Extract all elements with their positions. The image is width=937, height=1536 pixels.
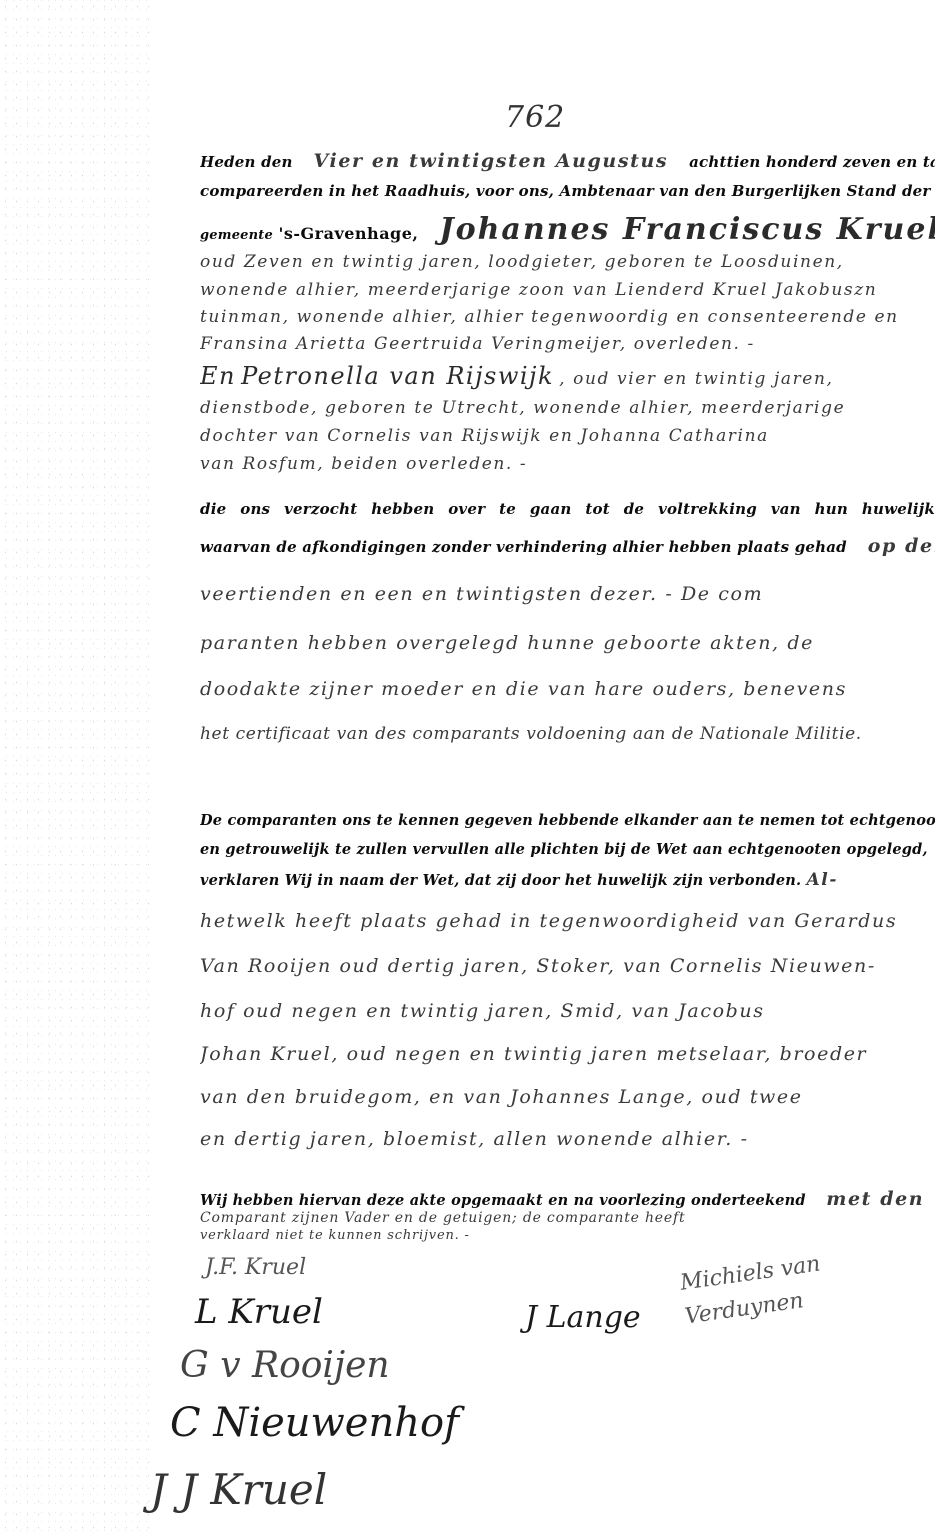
witness-line-2: Van Rooijen oud dertig jaren, Stoker, va…: [200, 955, 935, 977]
closing-line-1: Wij hebben hiervan deze akte opgemaakt e…: [200, 1188, 935, 1210]
bride-name: Petronella van Rijswijk: [241, 362, 554, 390]
declaration-line-1: De comparanten ons te kennen gegeven heb…: [200, 812, 935, 829]
witness-line-6: en dertig jaren, bloemist, allen wonende…: [200, 1128, 935, 1150]
bride-details-3: van Rosfum, beiden overleden. -: [200, 454, 935, 474]
signature-registrar: Michiels van Verduynen: [678, 1244, 856, 1335]
bride-prefix: En: [200, 362, 236, 390]
page-number: 762: [505, 100, 565, 135]
witness-line-5: van den bruidegom, en van Johannes Lange…: [200, 1086, 935, 1108]
printed-year: achttien honderd zeven en tachtig: [689, 153, 935, 171]
declaration-text: verklaren Wij in naam der Wet, dat zij d…: [200, 872, 801, 889]
signature-witness-nieuwenhof: C Nieuwenhof: [170, 1400, 459, 1446]
printed-heden-den: Heden den: [200, 153, 293, 171]
printed-afkondigingen: waarvan de afkondigingen zonder verhinde…: [200, 538, 847, 556]
word: huwelijk: [862, 500, 935, 518]
scan-noise: [0, 0, 150, 1536]
word: voltrekking: [658, 500, 757, 518]
groom-details-1: oud Zeven en twintig jaren, loodgieter, …: [200, 252, 935, 272]
bride-line-1: En Petronella van Rijswijk , oud vier en…: [200, 362, 935, 390]
bride-details-2: dochter van Cornelis van Rijswijk en Joh…: [200, 426, 935, 446]
bride-age: , oud vier en twintig jaren,: [559, 369, 833, 389]
word: verzocht: [284, 500, 357, 518]
intro-line-3: gemeente 's-Gravenhage, Johannes Francis…: [200, 212, 935, 252]
word: te: [499, 500, 516, 518]
word: tot: [585, 500, 609, 518]
word: ons: [240, 500, 270, 518]
witness-line-4: Johan Kruel, oud negen en twintig jaren …: [200, 1043, 935, 1065]
request-hand-2: paranten hebben overgelegd hunne geboort…: [200, 632, 935, 654]
signature-father: L Kruel: [195, 1292, 323, 1332]
declaration-tail: Al-: [807, 870, 839, 890]
word: gaan: [530, 500, 572, 518]
word: hebben: [371, 500, 434, 518]
signature-groom: J.F. Kruel: [205, 1255, 306, 1280]
bride-details-1: dienstbode, geboren te Utrecht, wonende …: [200, 398, 935, 418]
intro-line-2: compareerden in het Raadhuis, voor ons, …: [200, 182, 935, 200]
closing-text: Wij hebben hiervan deze akte opgemaakt e…: [200, 1192, 806, 1209]
signature-witness-kruel: J J Kruel: [150, 1465, 327, 1514]
request-line-1: die ons verzocht hebben over te gaan tot…: [200, 500, 935, 518]
witness-line-1: hetwelk heeft plaats gehad in tegenwoord…: [200, 910, 935, 932]
closing-tail: met den: [826, 1188, 924, 1210]
word: over: [448, 500, 485, 518]
intro-line-1: Heden den Vier en twintigsten Augustus a…: [200, 150, 935, 172]
word: hun: [815, 500, 848, 518]
request-hand-1: veertienden en een en twintigsten dezer.…: [200, 583, 935, 605]
witness-line-3: hof oud negen en twintig jaren, Smid, va…: [200, 1000, 935, 1022]
closing-hand-1: Comparant zijnen Vader en de getuigen; d…: [200, 1210, 935, 1226]
word: die: [200, 500, 226, 518]
signature-witness-lange: J Lange: [525, 1300, 641, 1335]
request-hand-4: het certificaat van des comparants voldo…: [200, 724, 935, 744]
groom-details-4: Fransina Arietta Geertruida Veringmeijer…: [200, 334, 935, 354]
closing-hand-2: verklaard niet te kunnen schrijven. -: [200, 1228, 935, 1243]
declaration-line-3: verklaren Wij in naam der Wet, dat zij d…: [200, 870, 935, 890]
signature-witness-rooijen: G v Rooijen: [180, 1345, 390, 1386]
word: van: [771, 500, 801, 518]
municipality: 's-Gravenhage,: [278, 224, 418, 243]
marriage-date: Vier en twintigsten Augustus: [314, 150, 669, 172]
groom-details-2: wonende alhier, meerderjarige zoon van L…: [200, 280, 935, 300]
request-hand-3: doodakte zijner moeder en die van hare o…: [200, 678, 935, 700]
request-line-2: waarvan de afkondigingen zonder verhinde…: [200, 535, 935, 557]
word: de: [624, 500, 644, 518]
declaration-line-2: en getrouwelijk te zullen vervullen alle…: [200, 841, 935, 858]
printed-gemeente: gemeente: [200, 228, 273, 243]
groom-details-3: tuinman, wonende alhier, alhier tegenwoo…: [200, 307, 935, 327]
groom-name: Johannes Franciscus Kruel,: [439, 212, 935, 247]
hand-op-den: op den: [868, 535, 935, 557]
